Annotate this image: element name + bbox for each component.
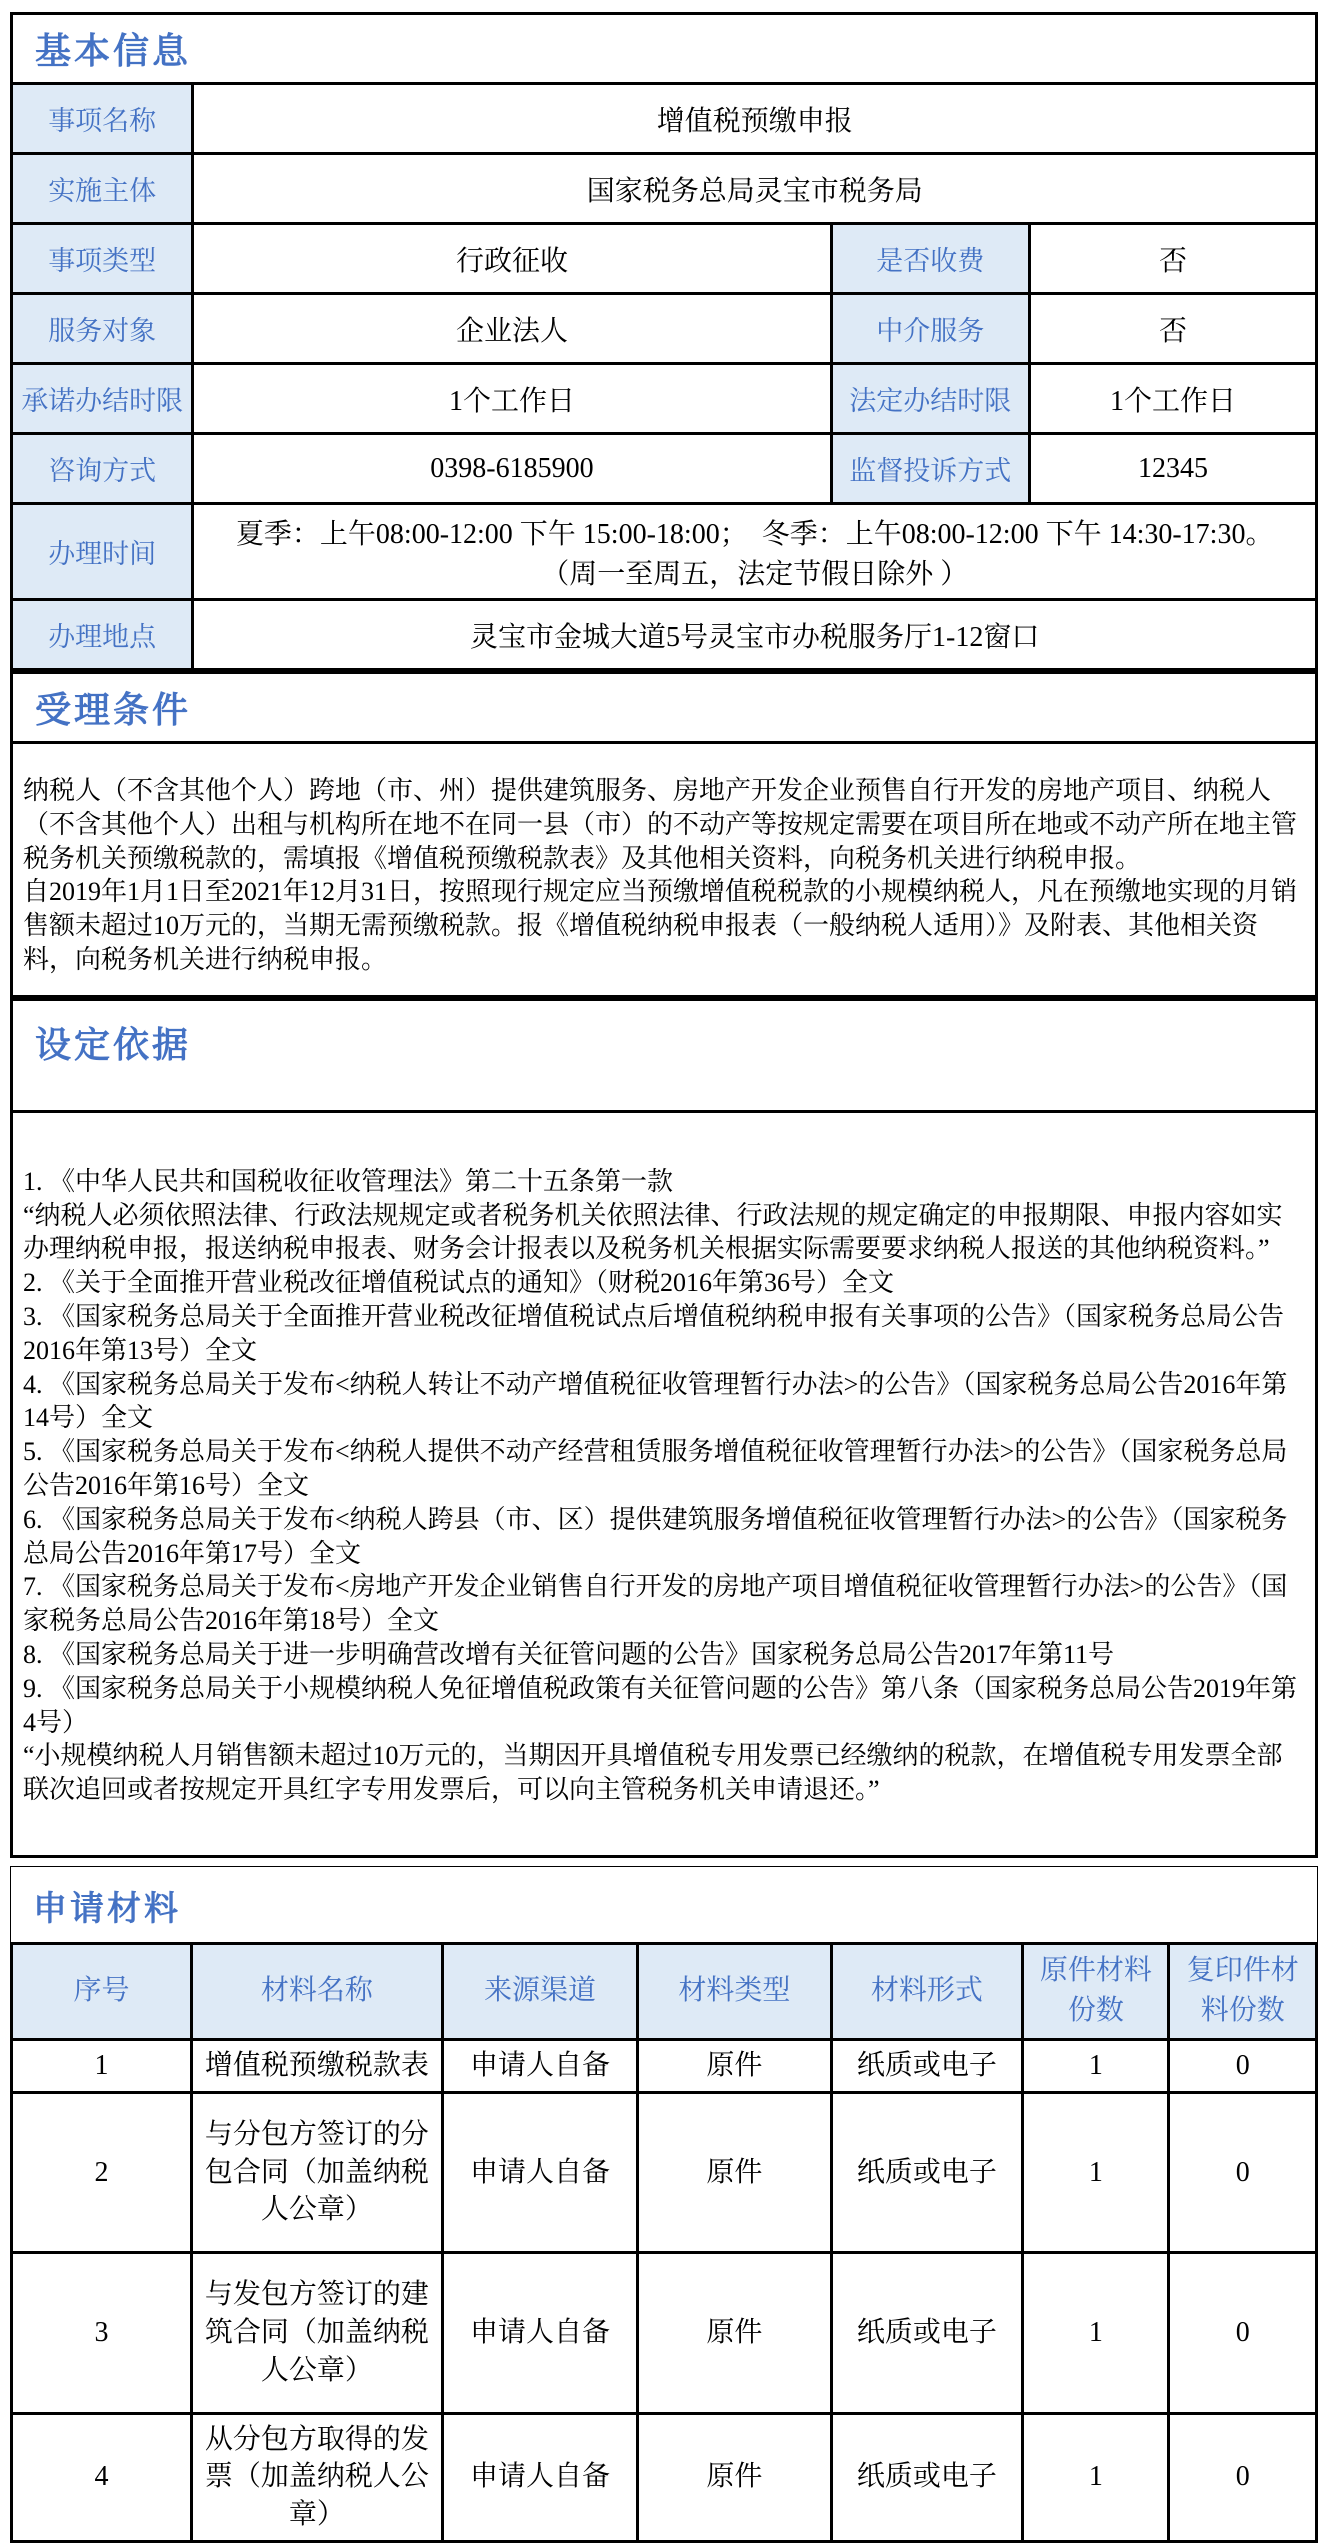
materials-section: 申请材料 序号 材料名称 来源渠道 材料类型 材料形式 原件材料份数 复印件材料… (10, 1866, 1318, 2543)
material-source: 申请人自备 (442, 2253, 638, 2413)
value-office-location: 灵宝市金城大道5号灵宝市办税服务厅1-12窗口 (193, 600, 1317, 670)
acceptance-paragraph: 自2019年1月1日至2021年12月31日，按照现行规定应当预缴增值税税款的小… (23, 875, 1305, 976)
office-hours-line1: 夏季：上午08:00-12:00 下午 15:00-18:00； 冬季：上午08… (202, 512, 1307, 552)
label-office-hours: 办理时间 (12, 504, 193, 600)
row-service-target: 服务对象 企业法人 中介服务 否 (12, 294, 1317, 364)
materials-table: 序号 材料名称 来源渠道 材料类型 材料形式 原件材料份数 复印件材料份数 1 … (10, 1942, 1318, 2543)
material-source: 申请人自备 (442, 2413, 638, 2541)
material-type: 原件 (638, 2413, 831, 2541)
section-title-acceptance-conditions: 受理条件 (10, 671, 1318, 744)
material-copy-count: 0 (1169, 2039, 1317, 2092)
material-source: 申请人自备 (442, 2092, 638, 2252)
legal-basis-line: 2. 《关于全面推开营业税改征增值税试点的通知》（财税2016年第36号）全文 (23, 1266, 1305, 1300)
value-legal-limit: 1个工作日 (1029, 364, 1316, 434)
row-item-name: 事项名称 增值税预缴申报 (12, 84, 1317, 154)
material-source: 申请人自备 (442, 2039, 638, 2092)
material-seq: 2 (12, 2092, 192, 2252)
material-type: 原件 (638, 2253, 831, 2413)
col-header-seq: 序号 (12, 1943, 192, 2039)
material-row: 2 与分包方签订的分包合同（加盖纳税人公章） 申请人自备 原件 纸质或电子 1 … (12, 2092, 1317, 2252)
material-seq: 4 (12, 2413, 192, 2541)
row-implementer: 实施主体 国家税务总局灵宝市税务局 (12, 154, 1317, 224)
value-implementer: 国家税务总局灵宝市税务局 (193, 154, 1317, 224)
section-title-application-materials: 申请材料 (10, 1866, 1318, 1945)
legal-basis-line: “纳税人必须依照法律、行政法规规定或者税务机关依照法律、行政法规的规定确定的申报… (23, 1199, 1305, 1267)
col-header-source-channel: 来源渠道 (442, 1943, 638, 2039)
label-consult-phone: 咨询方式 (12, 434, 193, 504)
section-title-basic-info: 基本信息 (10, 12, 1318, 85)
value-item-name: 增值税预缴申报 (193, 84, 1317, 154)
value-promised-limit: 1个工作日 (193, 364, 831, 434)
material-name: 增值税预缴税款表 (192, 2039, 443, 2092)
material-seq: 1 (12, 2039, 192, 2092)
value-fee: 否 (1029, 224, 1316, 294)
material-original-count: 1 (1023, 2253, 1169, 2413)
material-type: 原件 (638, 2092, 831, 2252)
material-original-count: 1 (1023, 2039, 1169, 2092)
legal-basis-line: 3. 《国家税务总局关于全面推开营业税改征增值税试点后增值税纳税申报有关事项的公… (23, 1300, 1305, 1368)
material-name: 与发包方签订的建筑合同（加盖纳税人公章） (192, 2253, 443, 2413)
acceptance-paragraph: 纳税人（不含其他个人）跨地（市、州）提供建筑服务、房地产开发企业预售自行开发的房… (23, 774, 1305, 875)
material-original-count: 1 (1023, 2413, 1169, 2541)
material-copy-count: 0 (1169, 2092, 1317, 2252)
value-office-hours: 夏季：上午08:00-12:00 下午 15:00-18:00； 冬季：上午08… (193, 504, 1317, 600)
material-row: 1 增值税预缴税款表 申请人自备 原件 纸质或电子 1 0 (12, 2039, 1317, 2092)
label-fee: 是否收费 (831, 224, 1029, 294)
legal-basis-line: 9. 《国家税务总局关于小规模纳税人免征增值税政策有关征管问题的公告》第八条（国… (23, 1672, 1305, 1740)
material-row: 3 与发包方签订的建筑合同（加盖纳税人公章） 申请人自备 原件 纸质或电子 1 … (12, 2253, 1317, 2413)
label-legal-limit: 法定办结时限 (831, 364, 1029, 434)
material-form: 纸质或电子 (831, 2092, 1023, 2252)
label-item-name: 事项名称 (12, 84, 193, 154)
col-header-material-form: 材料形式 (831, 1943, 1023, 2039)
material-copy-count: 0 (1169, 2413, 1317, 2541)
material-original-count: 1 (1023, 2092, 1169, 2252)
row-time-limits: 承诺办结时限 1个工作日 法定办结时限 1个工作日 (12, 364, 1317, 434)
acceptance-conditions-text: 纳税人（不含其他个人）跨地（市、州）提供建筑服务、房地产开发企业预售自行开发的房… (10, 741, 1318, 998)
basic-info-table: 事项名称 增值税预缴申报 实施主体 国家税务总局灵宝市税务局 事项类型 行政征收… (10, 82, 1318, 671)
value-complaint-phone: 12345 (1029, 434, 1316, 504)
legal-basis-line: 7. 《国家税务总局关于发布<房地产开发企业销售自行开发的房地产项目增值税征收管… (23, 1570, 1305, 1638)
col-header-material-name: 材料名称 (192, 1943, 443, 2039)
value-consult-phone: 0398-6185900 (193, 434, 831, 504)
label-complaint-phone: 监督投诉方式 (831, 434, 1029, 504)
material-seq: 3 (12, 2253, 192, 2413)
value-service-target: 企业法人 (193, 294, 831, 364)
legal-basis-line: 5. 《国家税务总局关于发布<纳税人提供不动产经营租赁服务增值税征收管理暂行办法… (23, 1435, 1305, 1503)
label-service-target: 服务对象 (12, 294, 193, 364)
label-implementer: 实施主体 (12, 154, 193, 224)
materials-header-row: 序号 材料名称 来源渠道 材料类型 材料形式 原件材料份数 复印件材料份数 (12, 1943, 1317, 2039)
legal-basis-line: “小规模纳税人月销售额未超过10万元的，当期因开具增值税专用发票已经缴纳的税款，… (23, 1739, 1305, 1807)
label-intermediary-service: 中介服务 (831, 294, 1029, 364)
legal-basis-line: 6. 《国家税务总局关于发布<纳税人跨县（市、区）提供建筑服务增值税征收管理暂行… (23, 1503, 1305, 1571)
row-office-hours: 办理时间 夏季：上午08:00-12:00 下午 15:00-18:00； 冬季… (12, 504, 1317, 600)
material-form: 纸质或电子 (831, 2039, 1023, 2092)
col-header-original-copies: 原件材料份数 (1023, 1943, 1169, 2039)
material-name: 从分包方取得的发票（加盖纳税人公章） (192, 2413, 443, 2541)
row-contacts: 咨询方式 0398-6185900 监督投诉方式 12345 (12, 434, 1317, 504)
legal-basis-text: 1. 《中华人民共和国税收征收管理法》第二十五条第一款 “纳税人必须依照法律、行… (10, 1110, 1318, 1858)
label-promised-limit: 承诺办结时限 (12, 364, 193, 434)
material-row: 4 从分包方取得的发票（加盖纳税人公章） 申请人自备 原件 纸质或电子 1 0 (12, 2413, 1317, 2541)
material-form: 纸质或电子 (831, 2413, 1023, 2541)
legal-basis-line: 8. 《国家税务总局关于进一步明确营改增有关征管问题的公告》国家税务总局公告20… (23, 1638, 1305, 1672)
office-hours-line2: （周一至周五，法定节假日除外 ） (202, 552, 1307, 592)
service-detail-page: 基本信息 事项名称 增值税预缴申报 实施主体 国家税务总局灵宝市税务局 事项类型… (0, 0, 1328, 2543)
col-header-photocopy-copies: 复印件材料份数 (1169, 1943, 1317, 2039)
section-title-legal-basis: 设定依据 (10, 998, 1318, 1113)
row-item-type: 事项类型 行政征收 是否收费 否 (12, 224, 1317, 294)
material-copy-count: 0 (1169, 2253, 1317, 2413)
material-form: 纸质或电子 (831, 2253, 1023, 2413)
legal-basis-line: 1. 《中华人民共和国税收征收管理法》第二十五条第一款 (23, 1165, 1305, 1199)
material-name: 与分包方签订的分包合同（加盖纳税人公章） (192, 2092, 443, 2252)
label-office-location: 办理地点 (12, 600, 193, 670)
label-item-type: 事项类型 (12, 224, 193, 294)
legal-basis-line: 4. 《国家税务总局关于发布<纳税人转让不动产增值税征收管理暂行办法>的公告》（… (23, 1368, 1305, 1436)
row-office-location: 办理地点 灵宝市金城大道5号灵宝市办税服务厅1-12窗口 (12, 600, 1317, 670)
material-type: 原件 (638, 2039, 831, 2092)
value-intermediary-service: 否 (1029, 294, 1316, 364)
col-header-material-type: 材料类型 (638, 1943, 831, 2039)
value-item-type: 行政征收 (193, 224, 831, 294)
